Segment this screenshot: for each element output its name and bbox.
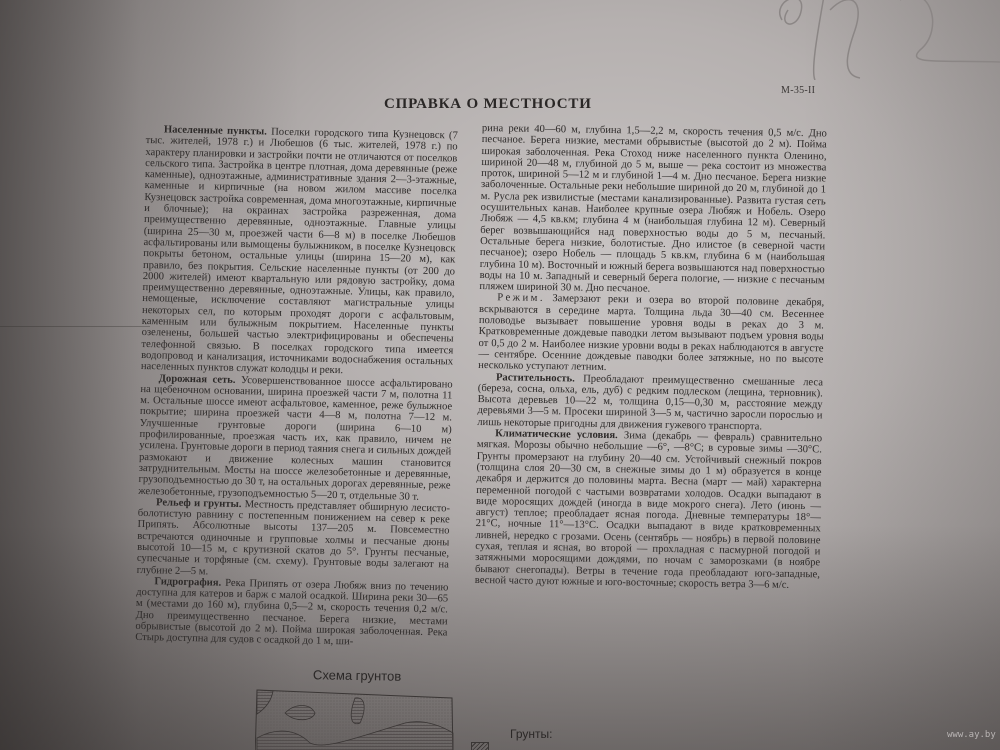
- handwritten-note-graphic: [770, 0, 1000, 80]
- soil-legend-label: Грунты:: [510, 727, 552, 741]
- soil-schema-title: Схема грунтов: [313, 667, 401, 684]
- vegetation-heading: Растительность.: [496, 372, 575, 384]
- climate-section: Климатические условия. Зима (декабрь — ф…: [475, 428, 822, 592]
- regime-text: Замерзают реки и озера во второй половин…: [478, 293, 824, 373]
- roads-section: Дорожная сеть. Усовершенствованное шоссе…: [138, 372, 453, 503]
- sheet-code: М-35-II: [781, 85, 815, 96]
- paper-fold-line: [0, 326, 150, 327]
- hydrography-text: Река Припять от озера Любяж вниз по тече…: [135, 578, 448, 648]
- vegetation-section: Растительность. Преобладают преимуществе…: [477, 372, 823, 434]
- roads-text: Усовершенствованное шоссе асфальтировано…: [138, 374, 453, 502]
- soil-schema-map: [255, 688, 455, 750]
- relief-section: Рельеф и грунты. Местность представляет …: [137, 497, 451, 583]
- regime-heading: Режим.: [497, 293, 545, 305]
- left-text-column: Населенные пункты. Поселки городского ти…: [135, 124, 458, 650]
- climate-text: Зима (декабрь — февраль) сравнительно мя…: [475, 430, 822, 591]
- watermark: www.ay.by: [947, 730, 996, 740]
- settlements-section: Населенные пункты. Поселки городского ти…: [141, 124, 458, 379]
- regime-section: Режим. Замерзают реки и озера во второй …: [478, 292, 824, 376]
- hydrography-section: Гидрография. Река Припять от озера Любяж…: [135, 576, 448, 650]
- right-text-column: рина реки 40—60 м, глубина 1,5—2,2 м, ск…: [475, 123, 827, 592]
- hydrography-continued: рина реки 40—60 м, глубина 1,5—2,2 м, ск…: [479, 123, 827, 298]
- document-title: СПРАВКА О МЕСТНОСТИ: [384, 96, 592, 113]
- settlements-text: Поселки городского типа Кузнецовск (7 ты…: [141, 127, 458, 377]
- relief-text: Местность представляет обширную лесисто-…: [137, 499, 451, 577]
- soil-legend-swatch: [471, 742, 489, 750]
